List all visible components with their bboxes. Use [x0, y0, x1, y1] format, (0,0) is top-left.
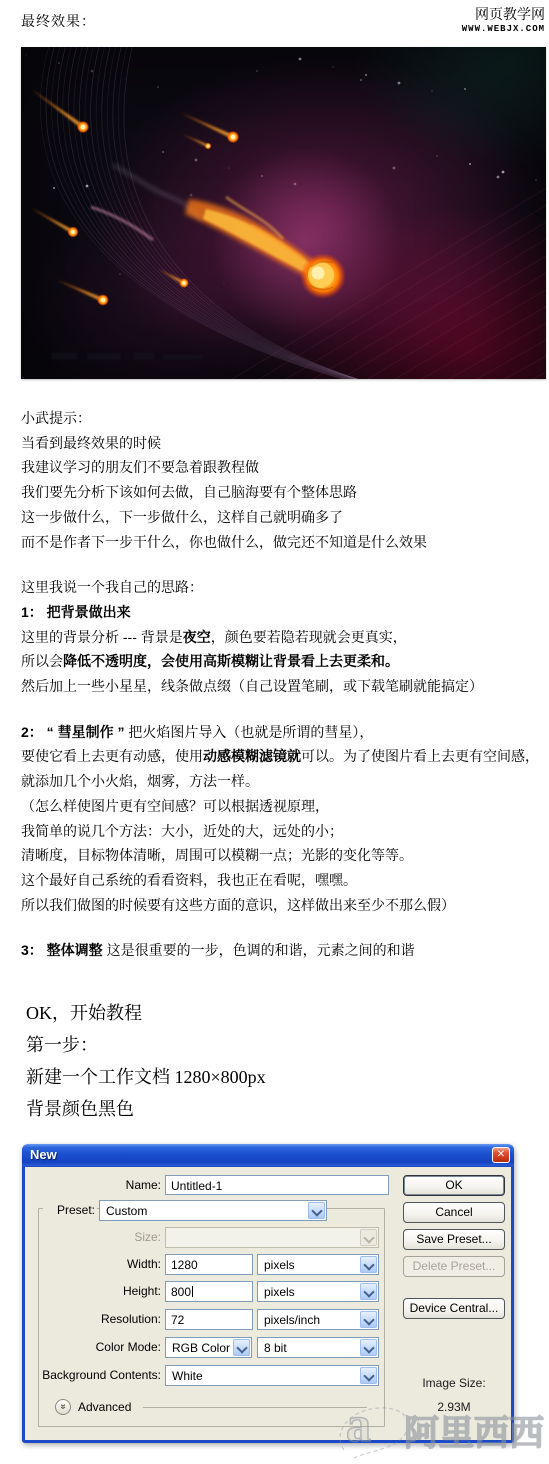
background-contents-value: White [172, 1369, 203, 1383]
steps-intro: OK，开始教程第一步：新建一个工作文档 1280×800px背景颜色黑色 [26, 997, 526, 1125]
width-unit-value: pixels [264, 1258, 295, 1272]
image-size-value: 2.93M [403, 1400, 505, 1414]
image-size-label: Image Size: [403, 1376, 505, 1390]
text-line: 就添加几个小火焰，烟雾，方法一样。 [21, 769, 536, 794]
height-value: 800 [171, 1285, 191, 1299]
color-mode-value: RGB Color [172, 1341, 230, 1355]
advanced-expand-icon[interactable]: » [55, 1399, 71, 1415]
text-line: 我建议学习的朋友们不要急着跟教程做 [21, 455, 536, 480]
text-line: 然后加上一些小星星，线条做点缀（自己设置笔刷，或下载笔刷就能搞定） [21, 674, 536, 699]
bit-depth-select[interactable]: 8 bit [257, 1337, 379, 1358]
delete-preset-button: Delete Preset... [403, 1256, 505, 1277]
bit-depth-value: 8 bit [264, 1341, 287, 1355]
preset-select[interactable]: Custom [99, 1200, 327, 1221]
text-line: （怎么样使图片更有空间感？可以根据透视原理， [21, 794, 536, 819]
name-label: Name: [31, 1178, 161, 1192]
color-mode-select[interactable]: RGB Color [165, 1337, 252, 1358]
dialog-titlebar[interactable]: New ✕ [22, 1144, 514, 1167]
text-line: 当看到最终效果的时候 [21, 431, 536, 456]
size-select [165, 1227, 379, 1248]
step-intro-line: 新建一个工作文档 1280×800px [26, 1061, 526, 1093]
chevron-down-icon [360, 1229, 377, 1246]
height-label: Height: [31, 1284, 161, 1298]
step-intro-line: OK，开始教程 [26, 997, 526, 1029]
site-logo: 网页教学网 WWW.WEBJX.COM [462, 6, 545, 35]
text-line: 2： “ 彗星制作 ” 把火焰图片导入（也就是所谓的彗星）， [21, 720, 536, 745]
advanced-label[interactable]: Advanced [78, 1400, 131, 1414]
size-label: Size: [106, 1230, 161, 1244]
site-url: WWW.WEBJX.COM [462, 24, 545, 35]
preset-label: Preset: [43, 1203, 97, 1217]
device-central-button[interactable]: Device Central... [403, 1298, 505, 1319]
text-line: 所以我们做图的时候要有这些方面的意识，这样做出来至少不那么假） [21, 893, 536, 918]
resolution-input[interactable]: 72 [165, 1309, 253, 1330]
text-line: 这里的背景分析 --- 背景是夜空，颜色要若隐若现就会更真实， [21, 625, 536, 650]
step-intro-line: 第一步： [26, 1029, 526, 1061]
text-line: 清晰度，目标物体清晰，周围可以模糊一点；光影的变化等等。 [21, 843, 536, 868]
resolution-unit-value: pixels/inch [264, 1313, 320, 1327]
text-line: 要使它看上去更有动感，使用动感模糊滤镜就可以。为了使图片看上去更有空间感， [21, 744, 536, 769]
text-line: 我们要先分析下该如何去做，自己脑海要有个整体思路 [21, 480, 536, 505]
ok-button[interactable]: OK [403, 1175, 505, 1196]
name-input[interactable]: Untitled-1 [165, 1175, 389, 1195]
step-intro-line: 背景颜色黑色 [26, 1093, 526, 1125]
text-line: 小武提示： [21, 406, 536, 431]
height-unit-select[interactable]: pixels [257, 1281, 379, 1302]
width-unit-select[interactable]: pixels [257, 1254, 379, 1275]
page-caption: 最终效果： [21, 11, 96, 31]
resolution-label: Resolution: [31, 1312, 161, 1326]
text-line: 3： 整体调整 这是很重要的一步，色调的和谐，元素之间的和谐 [21, 938, 536, 963]
chevron-down-icon[interactable] [360, 1367, 377, 1384]
background-contents-select[interactable]: White [165, 1365, 379, 1386]
text-cursor [192, 1286, 193, 1297]
preset-value: Custom [106, 1204, 147, 1218]
photoshop-new-dialog: New ✕ Name: Untitled-1 Preset: Custom Si… [22, 1144, 514, 1443]
chevron-down-icon[interactable] [360, 1283, 377, 1300]
width-label: Width: [31, 1257, 161, 1271]
chevron-down-icon[interactable] [360, 1339, 377, 1356]
text-line: 1： 把背景做出来 [21, 600, 536, 625]
text-line: 所以会降低不透明度，会使用高斯模糊让背景看上去更柔和。 [21, 649, 536, 674]
height-unit-value: pixels [264, 1285, 295, 1299]
chevron-down-icon[interactable] [233, 1339, 250, 1356]
save-preset-button[interactable]: Save Preset... [403, 1229, 505, 1250]
chevron-down-icon[interactable] [308, 1202, 325, 1219]
text-line: 这个最好自己系统的看看资料，我也正在看呢，嘿嘿。 [21, 868, 536, 893]
dialog-title: New [30, 1147, 57, 1162]
cancel-button[interactable]: Cancel [403, 1202, 505, 1223]
resolution-unit-select[interactable]: pixels/inch [257, 1309, 379, 1330]
chevron-down-icon[interactable] [360, 1311, 377, 1328]
height-input[interactable]: 800 [165, 1281, 253, 1302]
background-contents-label: Background Contents: [25, 1368, 161, 1382]
chevron-down-icon[interactable] [360, 1256, 377, 1273]
text-line: 这一步做什么，下一步做什么，这样自己就明确多了 [21, 505, 536, 530]
final-effect-image [21, 47, 546, 379]
article: 小武提示：当看到最终效果的时候我建议学习的朋友们不要急着跟教程做我们要先分析下该… [21, 406, 536, 963]
text-line: 而不是作者下一步干什么，你也做什么，做完还不知道是什么效果 [21, 530, 536, 555]
color-mode-label: Color Mode: [31, 1340, 161, 1354]
text-line: 这里我说一个我自己的思路： [21, 575, 536, 600]
advanced-divider [143, 1407, 367, 1408]
text-line: 我简单的说几个方法：大小，近处的大，远处的小； [21, 819, 536, 844]
width-input[interactable]: 1280 [165, 1254, 253, 1275]
close-icon[interactable]: ✕ [492, 1147, 510, 1163]
comet-artwork [21, 47, 546, 379]
site-name: 网页教学网 [462, 6, 545, 24]
